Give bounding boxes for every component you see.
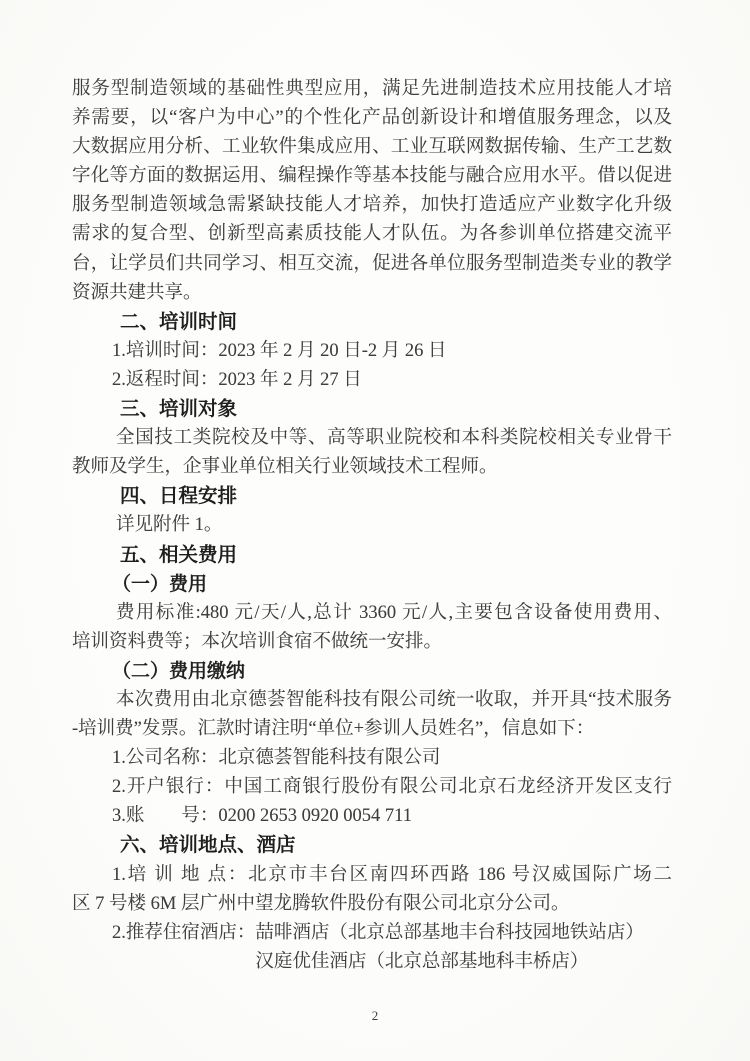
section-heading-training-time: 二、培训时间 bbox=[72, 308, 672, 337]
scanned-document-page: 服务型制造领域的基础性典型应用，满足先进制造技术应用技能人才培 养需要，以“客户… bbox=[0, 0, 750, 1061]
body-line: 服务型制造领域的基础性典型应用，满足先进制造技术应用技能人才培 bbox=[72, 75, 672, 104]
body-line: 台，让学员们共同学习、相互交流，促进各单位服务型制造类专业的教学 bbox=[72, 250, 672, 279]
return-time-item: 2.返程时间：2023 年 2 月 27 日 bbox=[72, 366, 672, 395]
document-body: 服务型制造领域的基础性典型应用，满足先进制造技术应用技能人才培 养需要，以“客户… bbox=[72, 75, 672, 977]
sub-heading-fee-payment: （二）费用缴纳 bbox=[72, 657, 672, 686]
payment-line: 本次费用由北京德荟智能科技有限公司统一收取，并开具“技术服务 bbox=[72, 686, 672, 715]
body-line: 资源共建共享。 bbox=[72, 279, 672, 308]
page-number: 2 bbox=[0, 1008, 750, 1024]
training-address-line: 区 7 号楼 6M 层广州中望龙腾软件股份有限公司北京分公司。 bbox=[72, 890, 672, 919]
fee-standard-line: 费用标准:480 元/天/人,总计 3360 元/人,主要包含设备使用费用、 bbox=[72, 599, 672, 628]
body-line: 大数据应用分析、工业软件集成应用、工业互联网数据传输、生产工艺数 bbox=[72, 133, 672, 162]
hotel-2: 汉庭优佳酒店（北京总部基地科丰桥店） bbox=[255, 952, 588, 972]
fee-standard-line: 培训资料费等；本次培训食宿不做统一安排。 bbox=[72, 628, 672, 657]
section-heading-location-hotel: 六、培训地点、酒店 bbox=[72, 831, 672, 860]
body-line: 教师及学生，企事业单位相关行业领域技术工程师。 bbox=[72, 453, 672, 482]
payment-line: -培训费”发票。汇款时请注明“单位+参训人员姓名”，信息如下： bbox=[72, 715, 672, 744]
sub-heading-fee: （一）费用 bbox=[72, 570, 672, 599]
section-heading-trainees: 三、培训对象 bbox=[72, 395, 672, 424]
body-line: 字化等方面的数据运用、编程操作等基本技能与融合应用水平。借以促进 bbox=[72, 162, 672, 191]
section-heading-schedule: 四、日程安排 bbox=[72, 482, 672, 511]
body-line: 全国技工类院校及中等、高等职业院校和本科类院校相关专业骨干 bbox=[72, 424, 672, 453]
section-heading-fees: 五、相关费用 bbox=[72, 541, 672, 570]
account-number-line: 3.账 号：0200 2653 0920 0054 711 bbox=[72, 802, 672, 831]
training-time-item: 1.培训时间：2023 年 2 月 20 日-2 月 26 日 bbox=[72, 337, 672, 366]
hotel-line: 2.推荐住宿酒店：喆啡酒店（北京总部基地丰台科技园地铁站店） bbox=[72, 919, 672, 948]
hotel-1: 喆啡酒店（北京总部基地丰台科技园地铁站店） bbox=[255, 923, 644, 943]
company-name-line: 1.公司名称：北京德荟智能科技有限公司 bbox=[72, 744, 672, 773]
hotel-prefix: 2.推荐住宿酒店： bbox=[112, 923, 255, 943]
training-address-line: 1.培 训 地 点：北京市丰台区南四环西路 186 号汉威国际广场二 bbox=[72, 861, 672, 890]
body-line: 需求的复合型、创新型高素质技能人才队伍。为各参训单位搭建交流平 bbox=[72, 220, 672, 249]
body-line: 养需要，以“客户为中心”的个性化产品创新设计和增值服务理念，以及 bbox=[72, 104, 672, 133]
hotel-line: 2.推荐住宿酒店：汉庭优佳酒店（北京总部基地科丰桥店） bbox=[72, 948, 672, 977]
body-line: 服务型制造领域急需紧缺技能人才培养，加快打造适应产业数字化升级 bbox=[72, 191, 672, 220]
schedule-note: 详见附件 1。 bbox=[72, 511, 672, 540]
bank-line: 2.开户银行：中国工商银行股份有限公司北京石龙经济开发区支行 bbox=[72, 773, 672, 802]
